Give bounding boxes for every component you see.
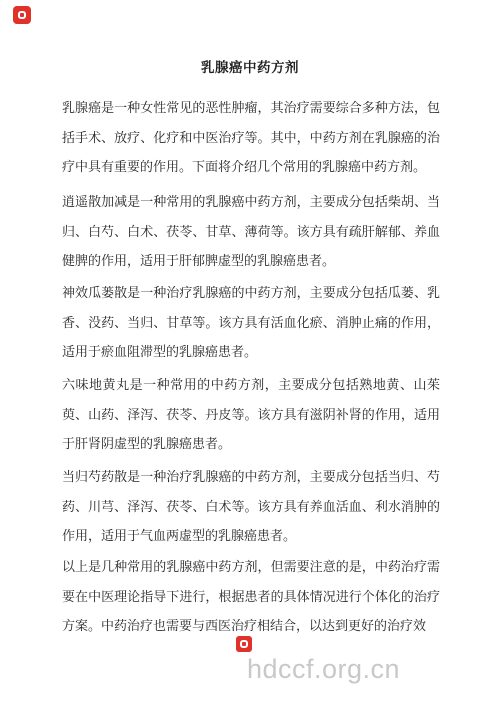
body-line: 香、没药、当归、甘草等。该方具有活血化瘀、消肿止痛的作用， [62, 308, 440, 338]
body-line: 括手术、放疗、化疗和中医治疗等。其中，中药方剂在乳腺癌的治 [62, 123, 440, 153]
paragraph-1: 乳腺癌是一种女性常见的恶性肿瘤，其治疗需要综合多种方法，包 括手术、放疗、化疗和… [62, 93, 440, 182]
site-logo-icon [13, 6, 31, 24]
body-line: 以上是几种常用的乳腺癌中药方剂，但需要注意的是，中药治疗需 [62, 552, 440, 582]
paragraph-3: 神效瓜蒌散是一种治疗乳腺癌的中药方剂，主要成分包括瓜蒌、乳 香、没药、当归、甘草… [62, 278, 440, 367]
body-line: 疗中具有重要的作用。下面将介绍几个常用的乳腺癌中药方剂。 [62, 152, 440, 182]
watermark-logo-icon [236, 636, 252, 652]
body-line: 健脾的作用，适用于肝郁脾虚型的乳腺癌患者。 [62, 246, 440, 276]
body-line: 归、白芍、白术、茯苓、甘草、薄荷等。该方具有疏肝解郁、养血 [62, 217, 440, 247]
paragraph-5: 当归芍药散是一种治疗乳腺癌的中药方剂，主要成分包括当归、芍 药、川芎、泽泻、茯苓… [62, 462, 440, 551]
body-line: 萸、山药、泽泻、茯苓、丹皮等。该方具有滋阴补肾的作用，适用 [62, 400, 440, 430]
document-page: 乳腺癌中药方剂 乳腺癌是一种女性常见的恶性肿瘤，其治疗需要综合多种方法，包 括手… [0, 0, 500, 707]
body-line: 乳腺癌是一种女性常见的恶性肿瘤，其治疗需要综合多种方法，包 [62, 93, 440, 123]
document-title: 乳腺癌中药方剂 [0, 58, 500, 78]
logo-glyph-icon [18, 11, 26, 19]
body-line: 适用于瘀血阻滞型的乳腺癌患者。 [62, 337, 440, 367]
body-line: 当归芍药散是一种治疗乳腺癌的中药方剂，主要成分包括当归、芍 [62, 462, 440, 492]
body-line: 要在中医理论指导下进行，根据患者的具体情况进行个体化的治疗 [62, 582, 440, 612]
body-line: 神效瓜蒌散是一种治疗乳腺癌的中药方剂，主要成分包括瓜蒌、乳 [62, 278, 440, 308]
body-line: 六味地黄丸是一种常用的中药方剂，主要成分包括熟地黄、山茱 [62, 370, 440, 400]
logo-glyph-icon [240, 640, 247, 647]
watermark-text: hdccf.org.cn [247, 653, 400, 685]
body-line: 作用，适用于气血两虚型的乳腺癌患者。 [62, 521, 440, 551]
body-line: 药、川芎、泽泻、茯苓、白术等。该方具有养血活血、利水消肿的 [62, 492, 440, 522]
paragraph-2: 逍遥散加减是一种常用的乳腺癌中药方剂，主要成分包括柴胡、当 归、白芍、白术、茯苓… [62, 187, 440, 276]
body-line: 于肝肾阴虚型的乳腺癌患者。 [62, 429, 440, 459]
body-line: 逍遥散加减是一种常用的乳腺癌中药方剂，主要成分包括柴胡、当 [62, 187, 440, 217]
paragraph-4: 六味地黄丸是一种常用的中药方剂，主要成分包括熟地黄、山茱 萸、山药、泽泻、茯苓、… [62, 370, 440, 459]
paragraph-6: 以上是几种常用的乳腺癌中药方剂，但需要注意的是，中药治疗需 要在中医理论指导下进… [62, 552, 440, 641]
